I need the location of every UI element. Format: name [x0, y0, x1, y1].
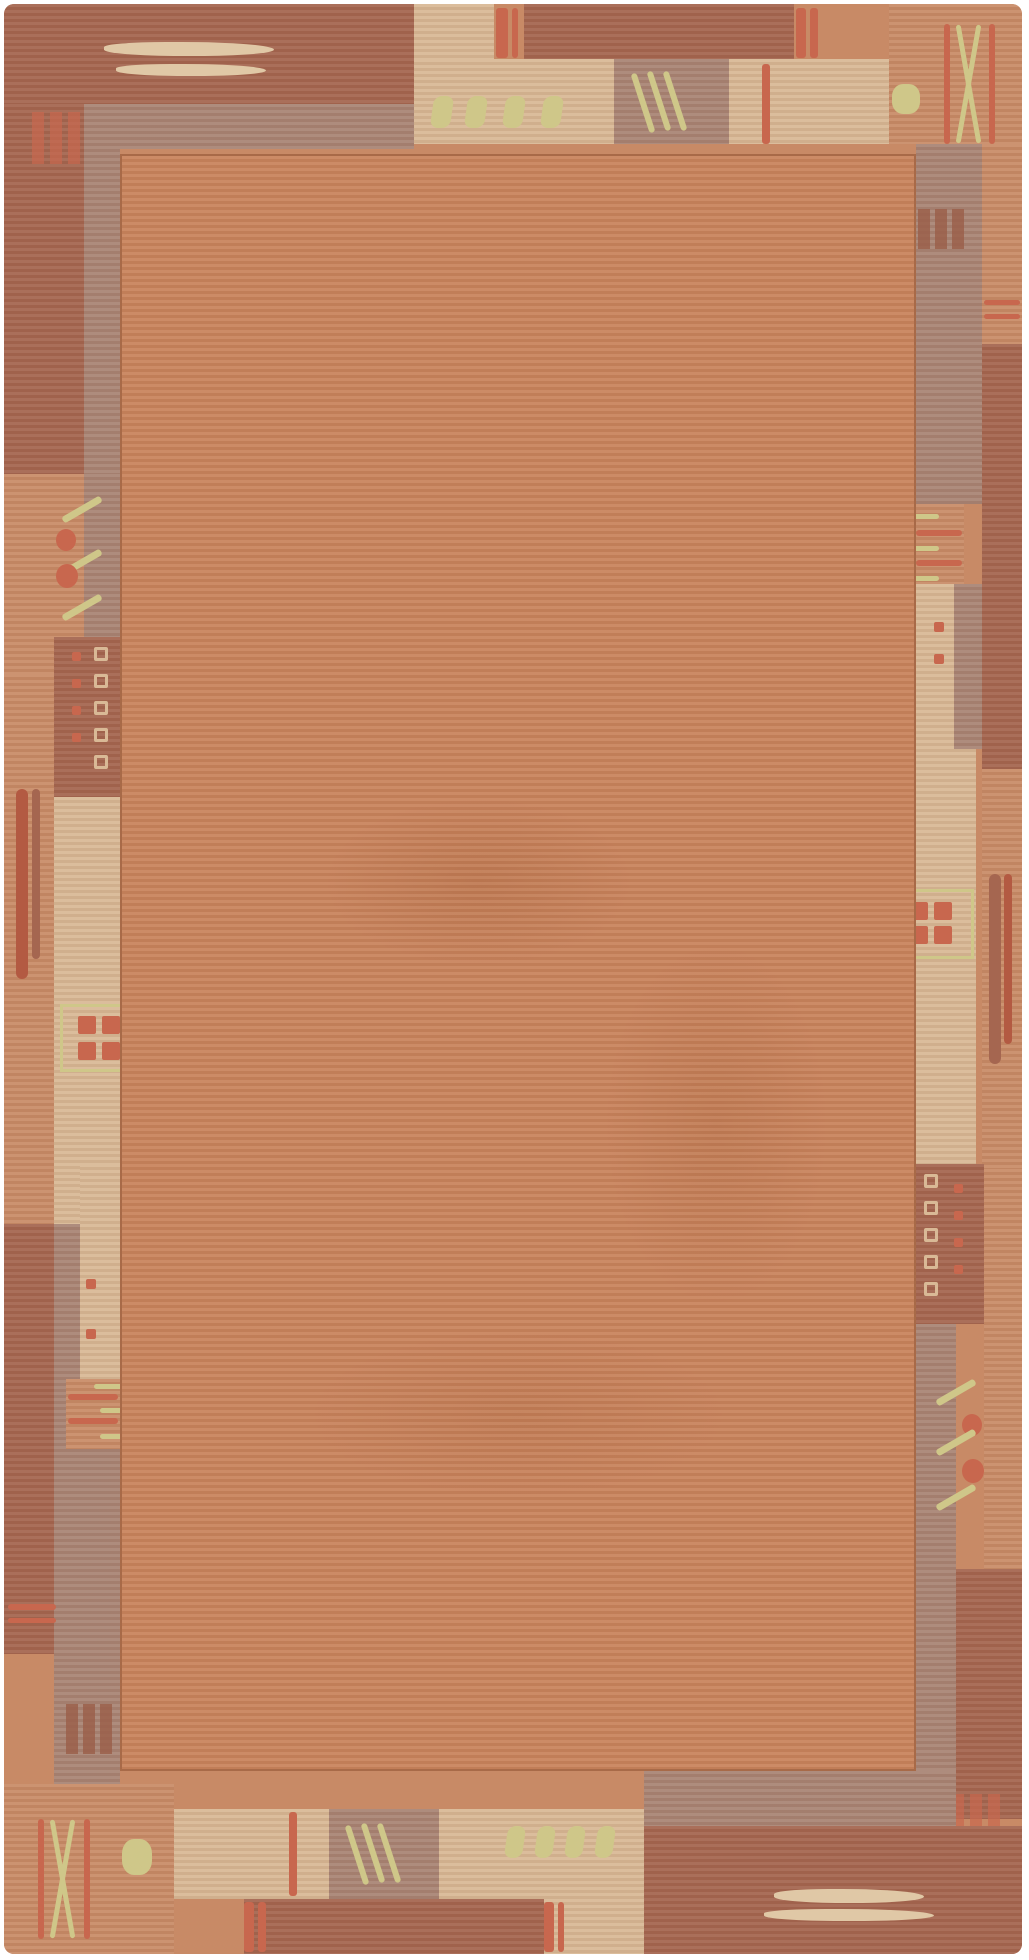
border-block-bottom-mauve-diagonals: [329, 1809, 439, 1899]
rust-dash-column: [762, 64, 770, 144]
dash-bar: [68, 1394, 118, 1400]
flame-motif: [1004, 874, 1012, 1044]
dash-bar: [916, 530, 962, 536]
border-block-right-dark-2: [956, 1569, 1022, 1819]
square-outline-motif: [924, 1228, 938, 1242]
border-block-left-dark-squares: [54, 637, 120, 797]
square-outline-motif: [924, 1282, 938, 1296]
rust-stripe: [796, 8, 806, 58]
border-block-bottom-beige-1: [174, 1809, 329, 1899]
border-block-right-mauve-2: [954, 584, 982, 749]
window-pane: [78, 1016, 96, 1034]
rust-flower-motif: [56, 529, 76, 551]
border-block-left-beige-2: [80, 1164, 120, 1379]
rust-square: [934, 622, 944, 632]
square-outline-motif: [94, 674, 108, 688]
leaf-motif: [122, 1839, 152, 1875]
rust-stripe: [258, 1902, 266, 1952]
rust-square: [934, 654, 944, 664]
border-block-top-mauve: [104, 104, 414, 149]
square-outline-motif: [94, 728, 108, 742]
rust-stripe: [496, 8, 508, 58]
border-block-top-dark-2: [524, 4, 794, 59]
cloud-motif-bottom: [774, 1889, 924, 1903]
square-outline-motif: [924, 1201, 938, 1215]
rust-dash-column: [289, 1812, 297, 1896]
leaf-motif: [892, 84, 920, 114]
rust-flower-motif: [56, 564, 78, 588]
cloud-motif-top: [104, 42, 274, 56]
grid-motif-dark: [918, 209, 966, 249]
border-block-left-dark-2: [4, 1224, 54, 1654]
cloud-motif-top-2: [116, 64, 266, 76]
rug: [4, 4, 1022, 1954]
wave-stripe: [984, 314, 1020, 319]
rust-stripe: [544, 1902, 554, 1952]
dash-bar: [68, 1418, 118, 1424]
rust-square: [954, 1265, 963, 1274]
rust-square: [86, 1329, 96, 1339]
window-pane: [934, 926, 952, 944]
wave-stripe: [984, 300, 1020, 305]
wave-stripe: [8, 1604, 56, 1610]
rust-square: [72, 733, 81, 742]
border-block-right-dark-squares: [914, 1164, 984, 1324]
rug-center-field: [120, 154, 916, 1771]
window-pane: [102, 1042, 120, 1060]
window-pane: [102, 1016, 120, 1034]
flame-motif: [989, 874, 1001, 1064]
square-outline-motif: [924, 1255, 938, 1269]
rust-square: [954, 1211, 963, 1220]
x-motif-line: [38, 1819, 44, 1939]
border-block-right-mauve-1: [916, 144, 982, 504]
window-pane: [934, 902, 952, 920]
x-motif-line: [989, 24, 995, 144]
border-block-bottom-dark-1: [244, 1899, 544, 1954]
border-block-bottom-mauve: [644, 1771, 956, 1826]
flame-motif: [32, 789, 40, 959]
rust-stripe: [810, 8, 818, 58]
border-block-top-beige-1: [414, 4, 494, 59]
wave-stripe: [8, 1618, 56, 1623]
rust-stripe: [244, 1902, 254, 1952]
border-block-top-beige-2: [729, 59, 889, 144]
border-block-left-mauve-1: [84, 104, 120, 514]
rust-square: [954, 1184, 963, 1193]
rust-square: [72, 706, 81, 715]
dash-bar: [916, 560, 962, 566]
rust-square: [72, 652, 81, 661]
border-block-right-peach-3: [984, 1169, 1022, 1569]
border-block-right-dark-1: [982, 344, 1022, 769]
border-block-right-peach-2: [982, 769, 1022, 1169]
x-motif-line: [944, 24, 950, 144]
border-block-left-peach-2: [4, 674, 54, 1224]
rust-square: [72, 679, 81, 688]
rust-square: [86, 1279, 96, 1289]
flame-motif: [16, 789, 28, 979]
rust-square: [954, 1238, 963, 1247]
cloud-motif-bottom-2: [764, 1909, 934, 1921]
square-outline-motif: [924, 1174, 938, 1188]
square-outline-motif: [94, 755, 108, 769]
rust-stripe: [512, 8, 518, 58]
rust-flower-motif: [962, 1459, 984, 1483]
square-outline-motif: [94, 701, 108, 715]
window-pane: [78, 1042, 96, 1060]
x-motif-line: [84, 1819, 90, 1939]
grid-motif-dark: [66, 1704, 116, 1754]
square-outline-motif: [94, 647, 108, 661]
rust-stripe: [558, 1902, 564, 1952]
